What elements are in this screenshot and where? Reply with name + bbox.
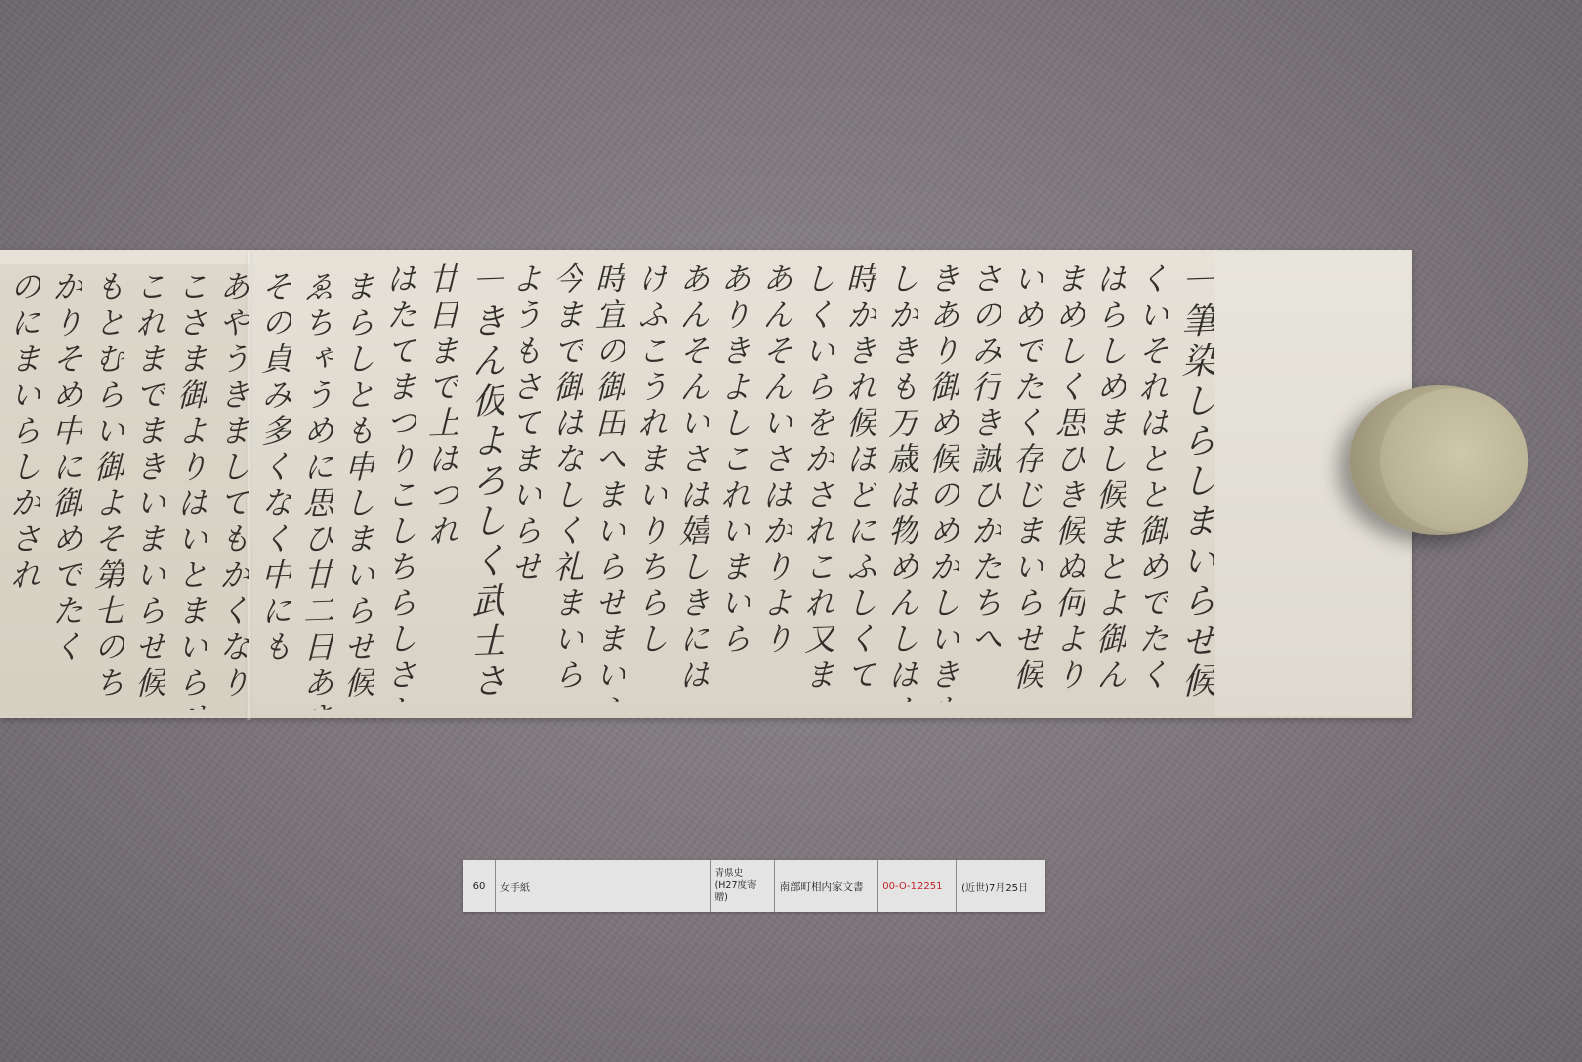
text-column: ありきよしこれいまいら (718, 261, 750, 702)
text-column: しかきも万歳は物めんしはん日は (886, 261, 918, 702)
text-column: きあり御め候のめかしいきも (927, 261, 959, 702)
text-column: しくいらをかされこれ又ま (802, 261, 834, 702)
text-column: さのみ行き誠ひかたちへ (969, 261, 1001, 702)
label-collection: 南部町相内家文書 (775, 860, 878, 912)
text-column: 一筆染しらしまいらせ候けふ (1178, 261, 1214, 702)
text-column: ようもさてまいらせ (509, 261, 541, 702)
text-column: まらしとも申しまいらせ候 (342, 269, 374, 710)
text-column: これまでまきいまいらせ候 (133, 269, 165, 710)
text-column: あんそんいさは嬉しきには (677, 261, 709, 702)
label-source-line3: 贈) (715, 892, 757, 904)
text-column: あんそんいさはかりより (760, 261, 792, 702)
label-id: 00-O-12251 (878, 860, 957, 912)
text-column: くいそれはとと御めでたく (1136, 261, 1168, 702)
text-column: 時宜の御田へまいらせまいらせ (593, 261, 625, 702)
text-column: はらしめまし候まとよ御ん (1094, 261, 1126, 702)
text-column: かりそめ中に御めでたく (50, 269, 82, 710)
text-column: のにまいらしかされ (8, 269, 40, 710)
text-column: あやうきましてもかくなり (217, 269, 249, 710)
paperweight-top (1380, 388, 1528, 532)
text-column: 廿日まで上はつれ (426, 261, 458, 702)
label-source: 青県史 (H27度寄 贈) (711, 860, 776, 912)
label-date: (近世)7月25日 (957, 860, 1045, 912)
text-column: けふこうれまいりちらし (635, 261, 667, 702)
text-column: 時かきれ候ほどにふしくて (844, 261, 876, 702)
text-column: まめしく思ひき候ぬ何より (1053, 261, 1085, 702)
text-column: 今まで御はなしく礼まいら (551, 261, 583, 702)
text-column: 一ぎん仮よろしく武士さまき (468, 261, 504, 702)
label-title: 女手紙 (496, 860, 711, 912)
text-column: その貞み多くなく中にも (259, 269, 291, 710)
catalog-label: 60 女手紙 青県史 (H27度寄 贈) 南部町相内家文書 00-O-12251… (463, 860, 1045, 912)
label-number: 60 (463, 860, 496, 912)
label-source-line2: (H27度寄 (715, 880, 757, 892)
text-column: いめでたく存じまいらせ候 (1011, 261, 1043, 702)
text-column: こさま御よりはいとまいらせ (175, 269, 207, 710)
label-source-line1: 青県史 (715, 868, 757, 880)
text-column: もとむらい御よそ第七のち (92, 269, 124, 710)
text-column: ゑちゃうめに思ひ廿二日あき田 (301, 269, 333, 710)
text-column: はたてまつりこしちらしさし (384, 261, 416, 702)
